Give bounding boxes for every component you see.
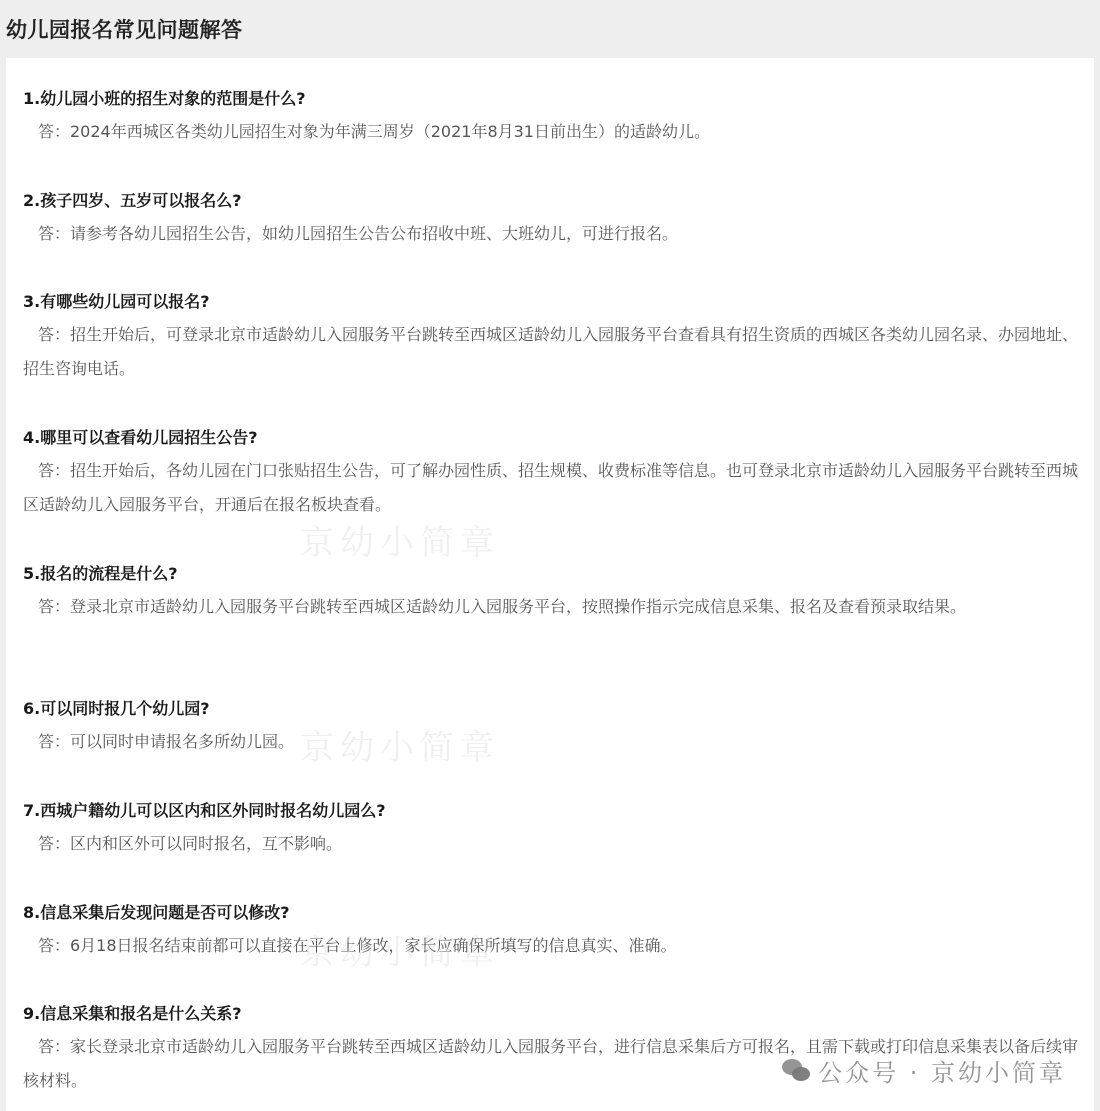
faq-question: 6.可以同时报几个幼儿园? <box>23 698 1083 720</box>
faq-item-7: 7.西城户籍幼儿可以区内和区外同时报名幼儿园么? 答：区内和区外可以同时报名，互… <box>23 800 1083 861</box>
faq-answer: 答：请参考各幼儿园招生公告，如幼儿园招生公告公布招收中班、大班幼儿，可进行报名。 <box>23 217 1083 251</box>
faq-item-1: 1.幼儿园小班的招生对象的范围是什么? 答：2024年西城区各类幼儿园招生对象为… <box>23 88 1083 149</box>
page-title: 幼儿园报名常见问题解答 <box>6 14 243 44</box>
faq-card: 1.幼儿园小班的招生对象的范围是什么? 答：2024年西城区各类幼儿园招生对象为… <box>6 58 1094 1111</box>
faq-answer: 答：登录北京市适龄幼儿入园服务平台跳转至西城区适龄幼儿入园服务平台，按照操作指示… <box>23 590 1083 624</box>
faq-question: 7.西城户籍幼儿可以区内和区外同时报名幼儿园么? <box>23 800 1083 822</box>
faq-item-3: 3.有哪些幼儿园可以报名? 答：招生开始后，可登录北京市适龄幼儿入园服务平台跳转… <box>23 291 1083 386</box>
faq-answer: 答：可以同时申请报名多所幼儿园。 <box>23 725 1083 759</box>
faq-item-6: 6.可以同时报几个幼儿园? 答：可以同时申请报名多所幼儿园。 <box>23 698 1083 759</box>
faq-question: 1.幼儿园小班的招生对象的范围是什么? <box>23 88 1083 110</box>
faq-answer: 答：家长登录北京市适龄幼儿入园服务平台跳转至西城区适龄幼儿入园服务平台，进行信息… <box>23 1030 1083 1098</box>
faq-question: 3.有哪些幼儿园可以报名? <box>23 291 1083 313</box>
faq-item-9: 9.信息采集和报名是什么关系? 答：家长登录北京市适龄幼儿入园服务平台跳转至西城… <box>23 1003 1083 1098</box>
faq-answer: 答：2024年西城区各类幼儿园招生对象为年满三周岁（2021年8月31日前出生）… <box>23 115 1083 149</box>
faq-question: 8.信息采集后发现问题是否可以修改? <box>23 902 1083 924</box>
faq-question: 2.孩子四岁、五岁可以报名么? <box>23 190 1083 212</box>
faq-answer: 答：招生开始后，可登录北京市适龄幼儿入园服务平台跳转至西城区适龄幼儿入园服务平台… <box>23 318 1083 386</box>
faq-question: 5.报名的流程是什么? <box>23 563 1083 585</box>
faq-answer: 答：6月18日报名结束前都可以直接在平台上修改，家长应确保所填写的信息真实、准确… <box>23 929 1083 963</box>
faq-answer: 答：区内和区外可以同时报名，互不影响。 <box>23 827 1083 861</box>
faq-question: 9.信息采集和报名是什么关系? <box>23 1003 1083 1025</box>
faq-question: 4.哪里可以查看幼儿园招生公告? <box>23 427 1083 449</box>
faq-item-4: 4.哪里可以查看幼儿园招生公告? 答：招生开始后，各幼儿园在门口张贴招生公告，可… <box>23 427 1083 522</box>
faq-item-8: 8.信息采集后发现问题是否可以修改? 答：6月18日报名结束前都可以直接在平台上… <box>23 902 1083 963</box>
faq-answer: 答：招生开始后，各幼儿园在门口张贴招生公告，可了解办园性质、招生规模、收费标准等… <box>23 454 1083 522</box>
faq-item-5: 5.报名的流程是什么? 答：登录北京市适龄幼儿入园服务平台跳转至西城区适龄幼儿入… <box>23 563 1083 624</box>
faq-item-2: 2.孩子四岁、五岁可以报名么? 答：请参考各幼儿园招生公告，如幼儿园招生公告公布… <box>23 190 1083 251</box>
